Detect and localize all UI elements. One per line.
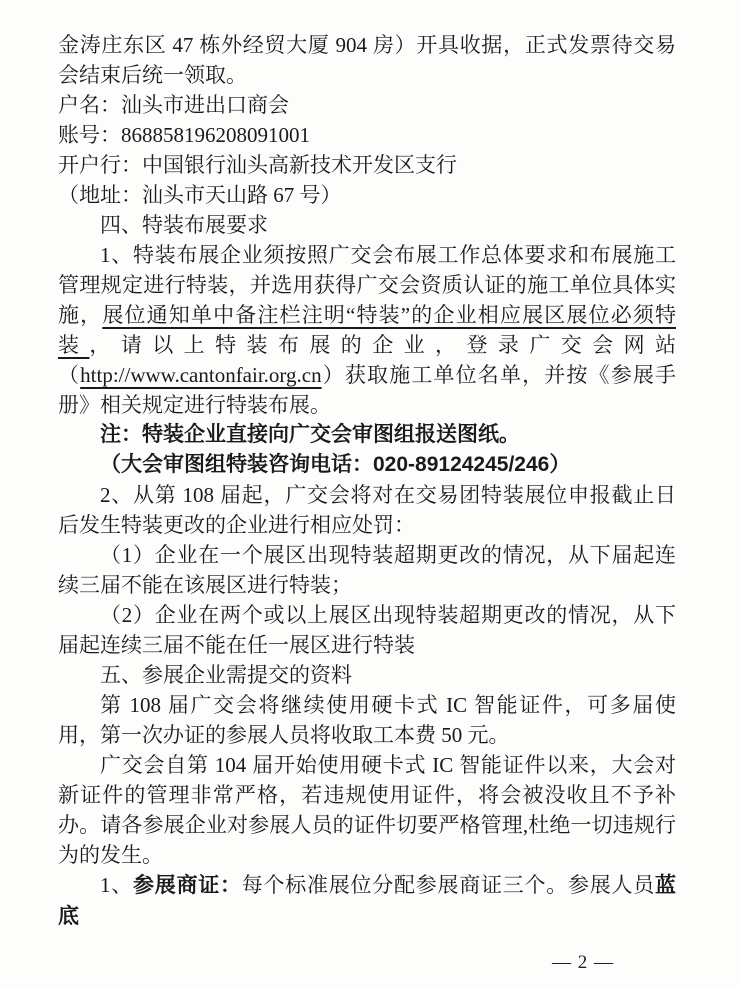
section4-item2-penalty1: （1）企业在一个展区出现特装超期更改的情况，从下届起连续三届不能在该展区进行特装…	[58, 540, 676, 600]
bank-account-number: 账号：868858196208091001	[58, 120, 676, 150]
scanned-document-page: 金涛庄东区 47 栋外经贸大厦 904 房）开具收据，正式发票待交易会结束后统一…	[0, 0, 740, 987]
item-number-label: 1、	[100, 873, 133, 897]
note-consult-phone: （大会审图组特装咨询电话：020-89124245/246）	[58, 450, 676, 480]
bank-address: （地址：汕头市天山路 67 号）	[58, 180, 676, 210]
section4-heading: 四、特装布展要求	[58, 210, 676, 240]
section5-para-card-management: 广交会自第 104 届开始使用硬卡式 IC 智能证件以来，大会对新证件的管理非常…	[58, 750, 676, 870]
section5-heading: 五、参展企业需提交的资料	[58, 660, 676, 690]
bank-branch: 开户行：中国银行汕头高新技术开发区支行	[58, 150, 676, 180]
paragraph-receipt-continuation: 金涛庄东区 47 栋外经贸大厦 904 房）开具收据，正式发票待交易会结束后统一…	[58, 30, 676, 90]
bank-account-name: 户名：汕头市进出口商会	[58, 90, 676, 120]
section5-para-ic-card: 第 108 届广交会将继续使用硬卡式 IC 智能证件，可多届使用，第一次办证的参…	[58, 690, 676, 750]
cantonfair-url-text: http://www.cantonfair.org.cn	[80, 363, 321, 387]
exhibitor-badge-label: 参展商证：	[133, 874, 242, 897]
section5-item1-paragraph: 1、参展商证：每个标准展位分配参展商证三个。参展人员蓝底	[58, 870, 676, 932]
note-drawing-submission: 注：特装企业直接向广交会审图组报送图纸。	[58, 420, 676, 450]
section4-item2-penalty2: （2）企业在两个或以上展区出现特装超期更改的情况，从下届起连续三届不能在任一展区…	[58, 600, 676, 660]
badge-allocation-text: 每个标准展位分配参展商证三个。参展人员	[242, 873, 655, 897]
section4-item1-paragraph: 1、特装布展企业须按照广交会布展工作总体要求和布展施工管理规定进行特装，并选用获…	[58, 240, 676, 420]
page-number: — 2 —	[58, 948, 676, 978]
section4-item2-intro: 2、从第 108 届起，广交会将对在交易团特装展位申报截止日后发生特装更改的企业…	[58, 480, 676, 540]
